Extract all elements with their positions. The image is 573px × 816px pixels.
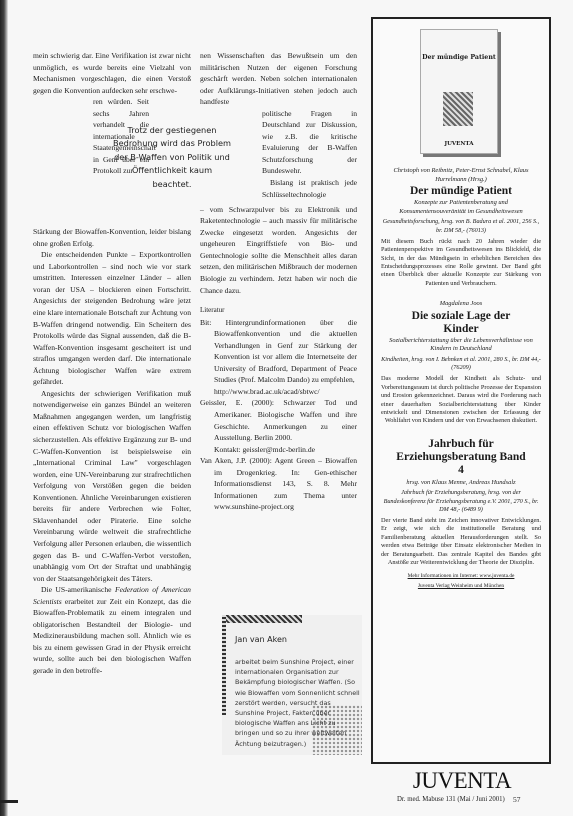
book-subtitle: Konzepte zur Patientenberatung und Konsu… xyxy=(373,199,549,216)
col1-paragraph-2: Die entscheidenden Punkte – Exportkontro… xyxy=(33,249,191,388)
col1-p4-text-b: erarbeitet zur Zeit ein Konzept, das die… xyxy=(33,597,191,675)
author-bio: arbeitet beim Sunshine Project, einer in… xyxy=(235,657,360,749)
col1-paragraph-4: Die US-amerikanische Federation of Ameri… xyxy=(33,584,191,676)
ad-website-link[interactable]: Mehr Informationen im Internet: www.juve… xyxy=(373,573,549,580)
book-title: Die soziale Lage der Kinder xyxy=(373,310,549,336)
book-entry: Christoph von Reibnitz, Peter-Ernst Schn… xyxy=(373,167,549,288)
page-corner-mark xyxy=(0,800,18,803)
col1-paragraph-3: Angesichts der schwierigen Verifikation … xyxy=(33,388,191,584)
page-number: 57 xyxy=(513,795,521,804)
literature-list: Bit: Hintergrundinformationen über die B… xyxy=(200,317,357,513)
book-subtitle: Sozialberichterstattung über die Lebensv… xyxy=(373,337,549,354)
book-cover-publisher: JUVENTA xyxy=(421,141,497,147)
book-cover-art xyxy=(443,92,473,126)
publisher-advertisement: Der mündige Patient JUVENTA Christoph vo… xyxy=(371,17,551,764)
book-entry: Magdalena Joos Die soziale Lage der Kind… xyxy=(373,300,549,426)
book-authors: hrsg. von Klaus Menne, Andreas Hundsalz xyxy=(373,479,549,488)
ad-book-list: Christoph von Reibnitz, Peter-Ernst Schn… xyxy=(373,167,549,590)
reference-item: Bit: Hintergrundinformationen über die B… xyxy=(200,317,357,386)
publisher-logo: JUVENTA xyxy=(392,768,532,794)
article-column-2: nen Wissenschaften das Bewußtsein um den… xyxy=(200,50,357,513)
reference-contact[interactable]: Kontakt: geissler@mdc-berlin.de xyxy=(200,444,357,456)
literature-heading: Literatur xyxy=(200,305,357,317)
col1-p4-text-a: Die US-amerikanische xyxy=(41,585,115,594)
book-description: Das moderne Modell der Kindheit als Schu… xyxy=(373,375,549,425)
book-meta: Kindheiten, hrsg. von I. Behnken et al. … xyxy=(373,356,549,372)
decorative-pattern-left xyxy=(222,615,226,715)
book-entry: Jahrbuch für Erziehungsberatung Band 4 h… xyxy=(373,438,549,568)
book-authors: Magdalena Joos xyxy=(373,300,549,309)
pullquote-wrap-area xyxy=(33,96,93,226)
book-cover-image: Der mündige Patient JUVENTA xyxy=(420,29,498,154)
page-spine-shadow xyxy=(0,0,8,816)
reference-item: Geissler, E. (2000): Schwarzer Tod und A… xyxy=(200,397,357,443)
journal-footer: Dr. med. Mabuse 131 (Mai / Juni 2001) xyxy=(397,796,505,803)
col2-paragraph-1: nen Wissenschaften das Bewußtsein um den… xyxy=(200,50,357,108)
book-meta: Jahrbuch für Erziehungsberatung, hrsg. v… xyxy=(373,489,549,514)
book-description: Der vierte Band steht im Zeichen innovat… xyxy=(373,517,549,567)
book-meta: Gesundheitsforschung, hrsg. von B. Badur… xyxy=(373,218,549,234)
pullquote-wrap-area-2 xyxy=(200,108,262,204)
col1-intro: mein schwierig dar. Eine Verifikation is… xyxy=(33,50,191,96)
author-info-box: Jan van Aken arbeitet beim Sunshine Proj… xyxy=(222,615,362,755)
book-description: Mit diesem Buch rückt nach 20 Jahren wie… xyxy=(373,238,549,288)
ad-publisher-address: Juventa Verlag Weinheim und München xyxy=(373,583,549,590)
book-title: Jahrbuch für Erziehungsberatung Band 4 xyxy=(373,438,549,477)
book-authors: Christoph von Reibnitz, Peter-Ernst Schn… xyxy=(373,167,549,184)
col1-p1-rest: Stärkung der Biowaffen-Konvention, leide… xyxy=(33,226,191,249)
author-name: Jan van Aken xyxy=(235,635,287,644)
book-title: Der mündige Patient xyxy=(373,185,549,198)
reference-item: Van Aken, J.P. (2000): Agent Green – Bio… xyxy=(200,455,357,513)
col2-paragraph-2: – vom Schwarzpulver bis zu Elektronik un… xyxy=(200,204,357,296)
book-cover-title: Der mündige Patient xyxy=(421,54,497,61)
decorative-pattern-top xyxy=(222,615,302,623)
reference-url[interactable]: http://www.brad.ac.uk/acad/sbtwc/ xyxy=(200,386,357,398)
